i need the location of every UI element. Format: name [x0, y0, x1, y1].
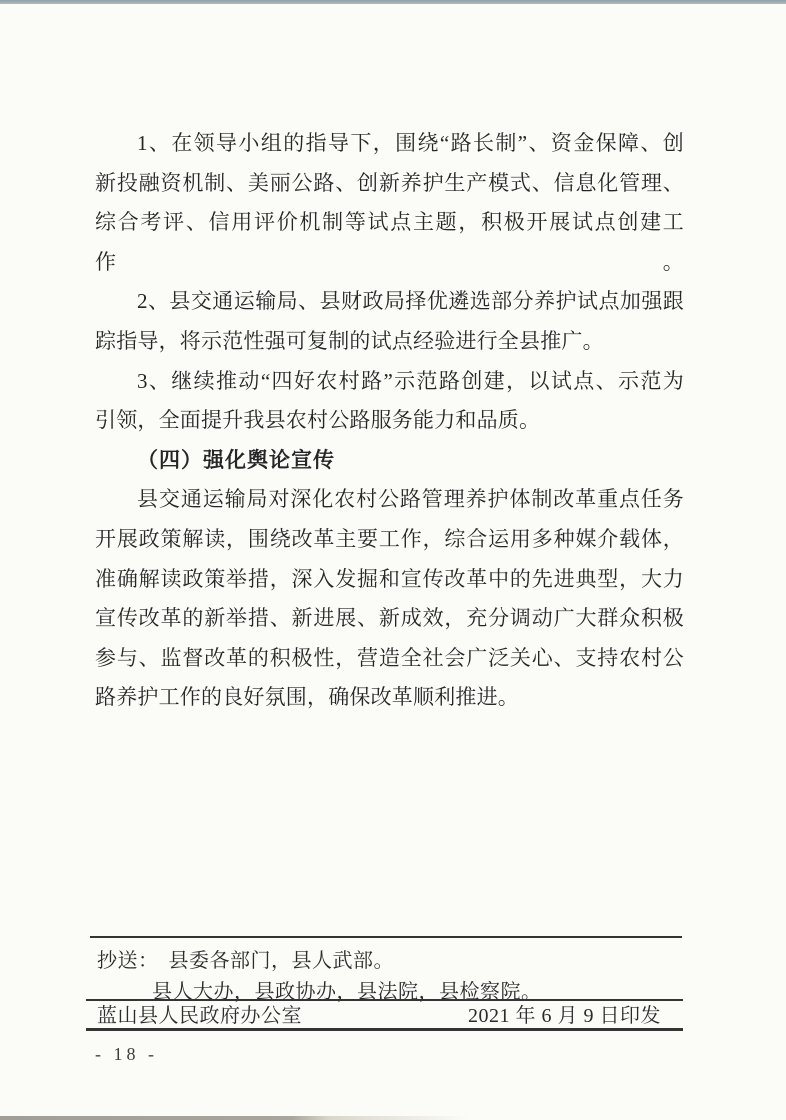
scan-top-edge-artifact — [0, 0, 786, 4]
scan-bottom-edge-artifact — [0, 1116, 470, 1120]
body-line: 准确解读政策举措，深入发掘和宣传改革中的先进典型，大力 — [95, 560, 684, 600]
body-line: 引领，全面提升我县农村公路服务能力和品质。 — [95, 401, 684, 441]
body-line: 路养护工作的良好氛围，确保改革顺利推进。 — [95, 678, 684, 718]
copy-to-label: 抄送： — [97, 950, 159, 972]
copy-to-row: 抄送：县委各部门，县人武部。 — [97, 949, 394, 973]
page-number: - 18 - — [95, 1044, 158, 1065]
document-body: 1、在领导小组的指导下，围绕“路长制”、资金保障、创 新投融资机制、美丽公路、创… — [95, 124, 684, 718]
print-date: 2021 年 6 月 9 日印发 — [468, 1004, 661, 1028]
body-line: 县交通运输局对深化农村公路管理养护体制改革重点任务 — [95, 480, 684, 520]
body-line: 3、继续推动“四好农村路”示范路创建，以试点、示范为 — [95, 362, 684, 402]
body-line: 综合考评、信用评价机制等试点主题，积极开展试点创建工作。 — [95, 203, 684, 282]
section-heading: （四）强化舆论宣传 — [95, 441, 684, 481]
footer-divider-middle — [86, 999, 683, 1001]
body-line: 踪指导，将示范性强可复制的试点经验进行全县推广。 — [95, 322, 684, 362]
body-line: 新投融资机制、美丽公路、创新养护生产模式、信息化管理、 — [95, 164, 684, 204]
footer-divider-top — [90, 936, 682, 938]
body-line: 宣传改革的新举措、新进展、新成效，充分调动广大群众积极 — [95, 599, 684, 639]
issuer-row: 蓝山县人民政府办公室 2021 年 6 月 9 日印发 — [97, 1004, 663, 1028]
body-line: 2、县交通运输局、县财政局择优遴选部分养护试点加强跟 — [95, 282, 684, 322]
scanned-document-page: 1、在领导小组的指导下，围绕“路长制”、资金保障、创 新投融资机制、美丽公路、创… — [0, 0, 786, 1120]
copy-to-line1: 县委各部门，县人武部。 — [169, 950, 395, 972]
footer-divider-bottom — [86, 1028, 683, 1031]
body-line: 1、在领导小组的指导下，围绕“路长制”、资金保障、创 — [95, 124, 684, 164]
issuing-office: 蓝山县人民政府办公室 — [97, 1004, 302, 1028]
body-line: 参与、监督改革的积极性，营造全社会广泛关心、支持农村公 — [95, 639, 684, 679]
body-line: 开展政策解读，围绕改革主要工作，综合运用多种媒介载体， — [95, 520, 684, 560]
